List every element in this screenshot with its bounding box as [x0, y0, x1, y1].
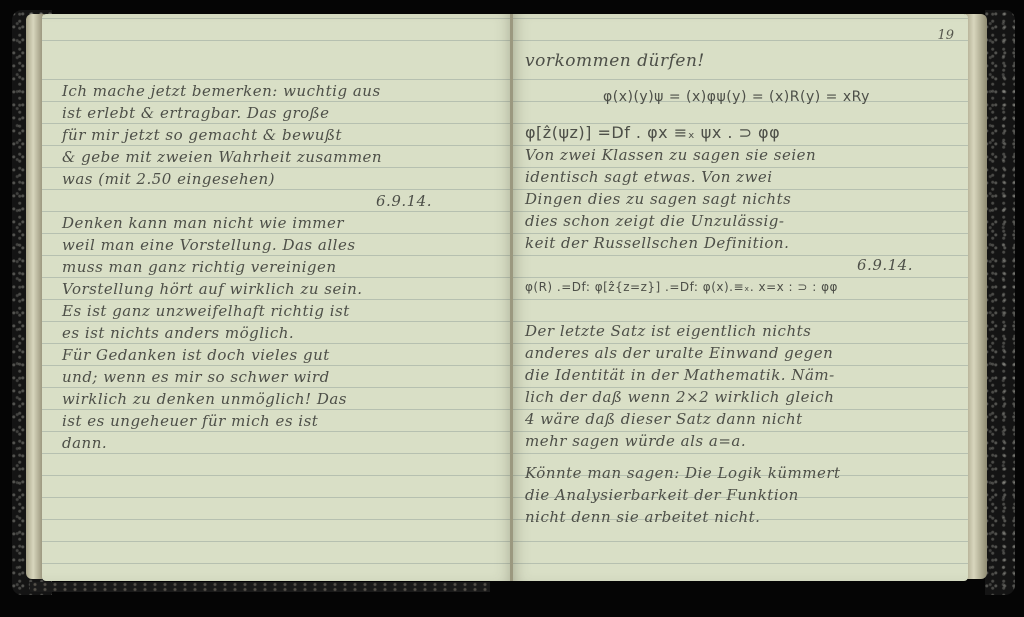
handwritten-line: für mir jetzt so gemacht & bewußt [42, 124, 512, 146]
formula-line: φ(R) .=Df: φ[ẑ{z=z}] .=Df: φ(x).≡ₓ. x=x … [513, 276, 968, 298]
formula-line: φ(x)(y)ψ = (x)φψ(y) = (x)R(y) = xRy [513, 86, 968, 108]
notebook-cover-right [985, 10, 1015, 595]
formula-line: φ[ẑ(ψz)] =Df . φx ≡ₓ ψx . ⊃ φφ [513, 122, 968, 144]
left-page: Ich mache jetzt bemerken: wuchtig aus is… [42, 14, 512, 581]
handwritten-line: und; wenn es mir so schwer wird [42, 366, 512, 388]
handwritten-line: Vorstellung hört auf wirklich zu sein. [42, 278, 512, 300]
handwritten-line: dies schon zeigt die Unzulässig- [513, 210, 968, 232]
entry-date: 6.9.14. [513, 254, 968, 276]
handwritten-line: die Identität in der Mathematik. Näm- [513, 364, 968, 386]
handwritten-line: mehr sagen würde als a=a. [513, 430, 968, 452]
handwritten-line: anderes als der uralte Einwand gegen [513, 342, 968, 364]
left-page-text: Ich mache jetzt bemerken: wuchtig aus is… [42, 80, 512, 454]
handwritten-line: & gebe mit zweien Wahrheit zusammen [42, 146, 512, 168]
handwritten-line: Von zwei Klassen zu sagen sie seien [513, 144, 968, 166]
handwritten-line: weil man eine Vorstellung. Das alles [42, 234, 512, 256]
handwritten-line: dann. [42, 432, 512, 454]
page-number: 19 [937, 28, 954, 43]
handwritten-line: Denken kann man nicht wie immer [42, 212, 512, 234]
handwritten-line: Ich mache jetzt bemerken: wuchtig aus [42, 80, 512, 102]
notebook-cover-bottom-edge [30, 582, 490, 592]
handwritten-line: Dingen dies zu sagen sagt nichts [513, 188, 968, 210]
handwritten-line: Für Gedanken ist doch vieles gut [42, 344, 512, 366]
right-page-text: vorkommen dürfen! φ(x)(y)ψ = (x)φψ(y) = … [513, 50, 968, 528]
handwritten-line: muss man ganz richtig vereinigen [42, 256, 512, 278]
handwritten-line: was (mit 2.50 eingesehen) [42, 168, 512, 190]
handwritten-line: identisch sagt etwas. Von zwei [513, 166, 968, 188]
handwritten-line: 4 wäre daß dieser Satz dann nicht [513, 408, 968, 430]
handwritten-line: ist es ungeheuer für mich es ist [42, 410, 512, 432]
handwritten-line: Könnte man sagen: Die Logik kümmert [513, 462, 968, 484]
handwritten-line: Es ist ganz unzweifelhaft richtig ist [42, 300, 512, 322]
handwritten-line: es ist nichts anders möglich. [42, 322, 512, 344]
handwritten-line: wirklich zu denken unmöglich! Das [42, 388, 512, 410]
handwritten-line: die Analysierbarkeit der Funktion [513, 484, 968, 506]
handwritten-line: Der letzte Satz ist eigentlich nichts [513, 320, 968, 342]
handwritten-line: ist erlebt & ertragbar. Das große [42, 102, 512, 124]
page-stack-right [965, 14, 987, 579]
handwritten-line: lich der daß wenn 2×2 wirklich gleich [513, 386, 968, 408]
entry-date: 6.9.14. [42, 190, 512, 212]
handwritten-line: nicht denn sie arbeitet nicht. [513, 506, 968, 528]
handwritten-line: keit der Russellschen Definition. [513, 232, 968, 254]
right-page: 19 vorkommen dürfen! φ(x)(y)ψ = (x)φψ(y)… [513, 14, 968, 581]
handwritten-line: vorkommen dürfen! [513, 50, 968, 72]
